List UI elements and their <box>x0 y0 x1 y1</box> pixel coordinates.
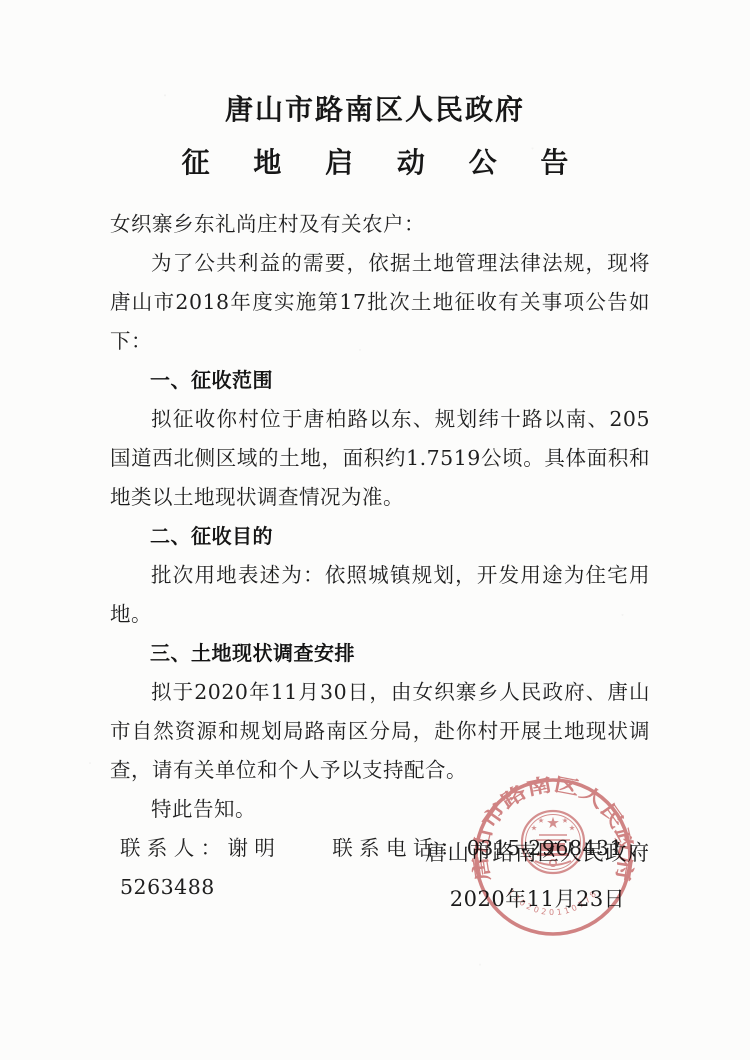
contact-person: 联系人：谢明 <box>120 836 281 860</box>
signature-date: 2020年11月23日 <box>425 883 650 913</box>
salutation: 女织寨乡东礼尚庄村及有关农户： <box>110 205 650 244</box>
document-title: 征 地 启 动 公 告 <box>0 141 750 181</box>
section-1-heading: 一、征收范围 <box>110 361 650 400</box>
signature-authority: 唐山市路南区人民政府 <box>425 836 650 867</box>
section-3-body: 拟于2020年11月30日，由女织寨乡人民政府、唐山市自然资源和规划局路南区分局… <box>110 673 650 790</box>
section-2-heading: 二、征收目的 <box>110 517 650 556</box>
document-header: 唐山市路南区人民政府 征 地 启 动 公 告 <box>0 88 750 181</box>
issuing-authority-title: 唐山市路南区人民政府 <box>0 88 750 128</box>
section-3-heading: 三、土地现状调查安排 <box>110 634 650 673</box>
signature-block: 唐山市路南区人民政府 2020年11月23日 <box>425 836 650 913</box>
intro-paragraph: 为了公共利益的需要，依据土地管理法律法规，现将唐山市2018年度实施第17批次土… <box>110 244 650 361</box>
section-1-body: 拟征收你村位于唐柏路以东、规划纬十路以南、205国道西北侧区域的土地，面积约1.… <box>110 400 650 517</box>
scanned-document-page: 唐山市路南区人民政府 征 地 启 动 公 告 女织寨乡东礼尚庄村及有关农户： 为… <box>0 0 750 1060</box>
document-body: 女织寨乡东礼尚庄村及有关农户： 为了公共利益的需要，依据土地管理法律法规，现将唐… <box>110 205 650 907</box>
closing-line: 特此告知。 <box>110 790 650 829</box>
section-2-body: 批次用地表述为：依照城镇规划，开发用途为住宅用地。 <box>110 556 650 634</box>
